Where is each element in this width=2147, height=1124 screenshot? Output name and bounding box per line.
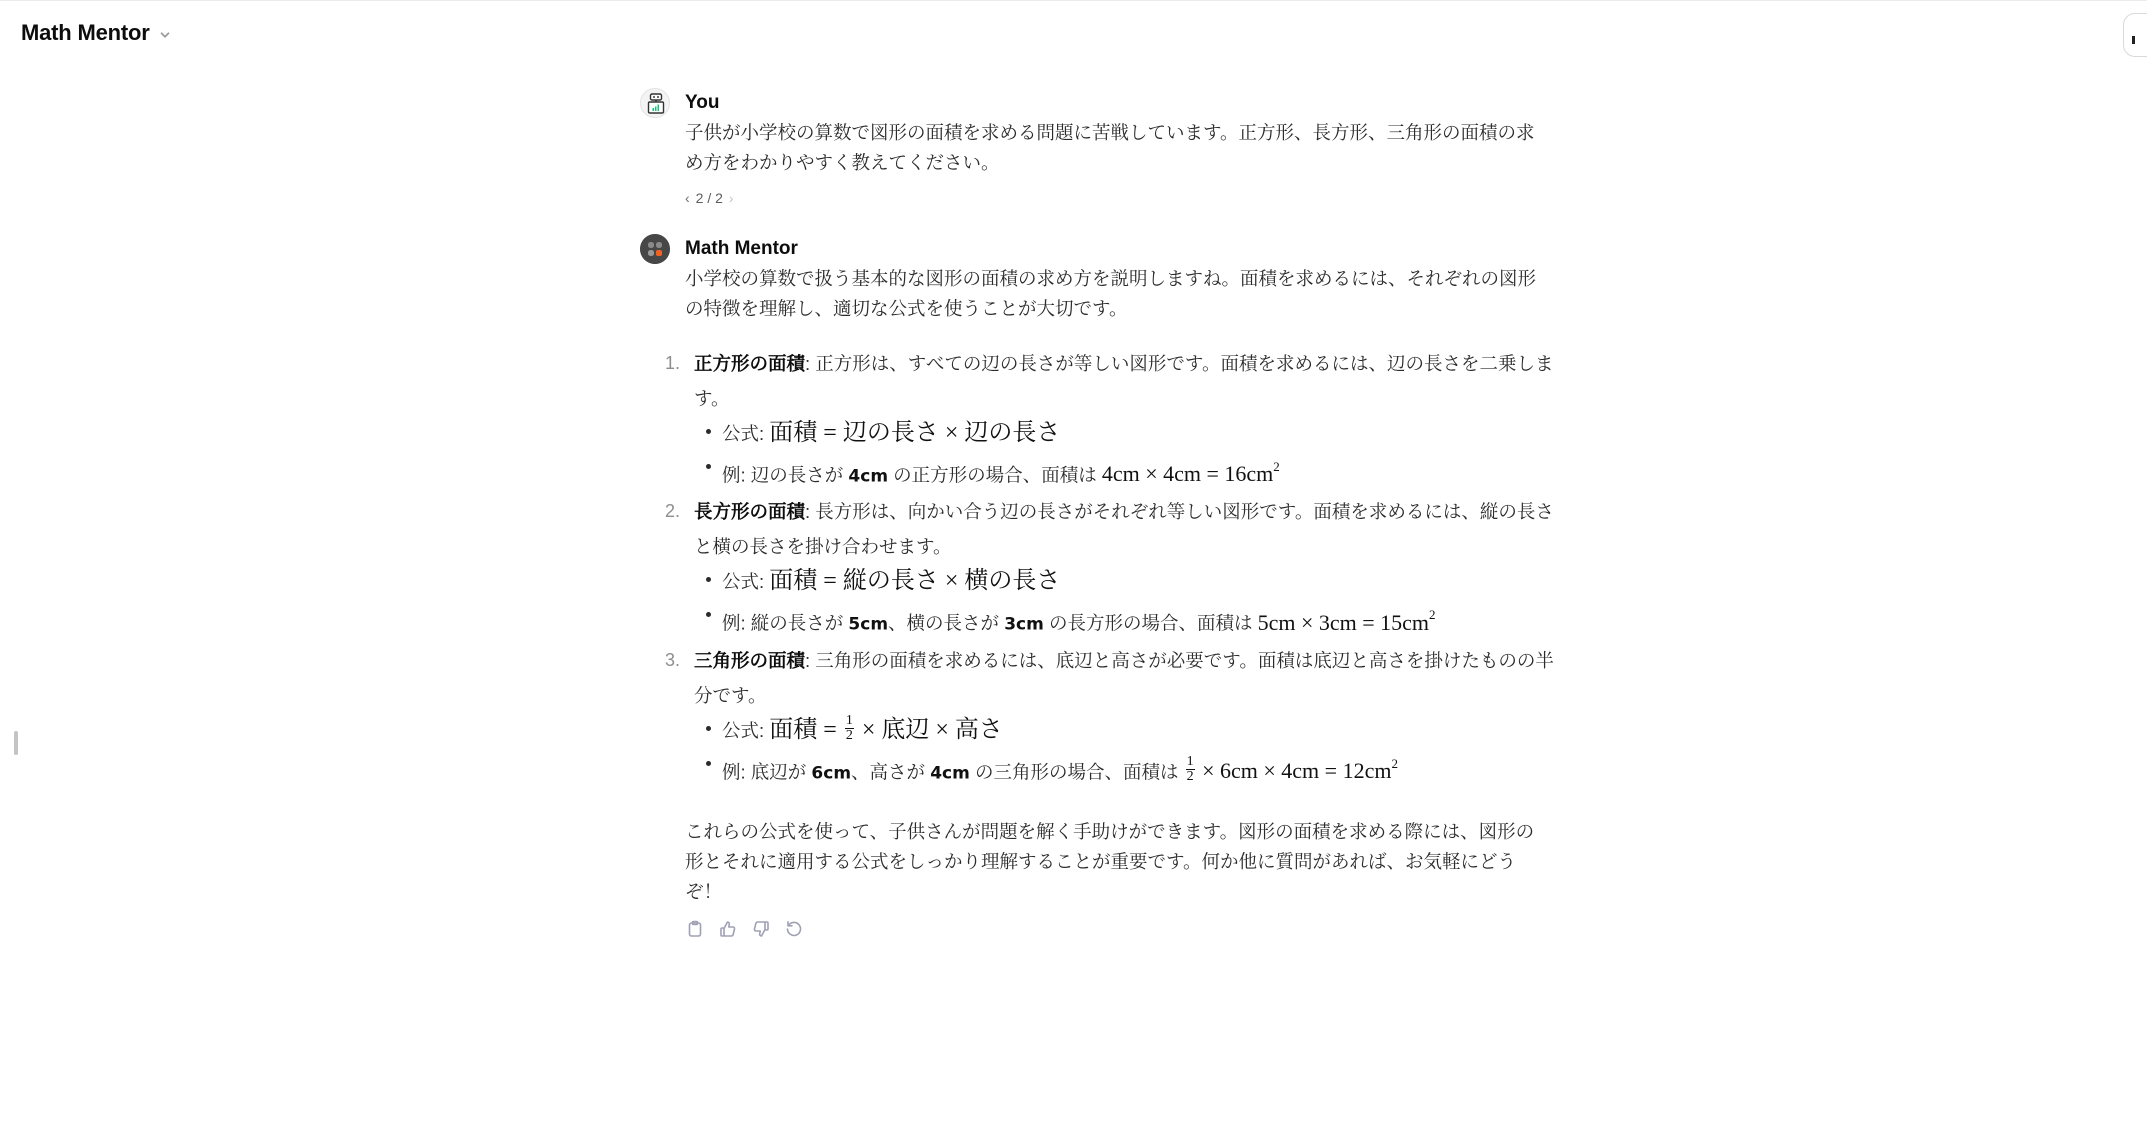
share-icon: [2132, 36, 2135, 44]
copy-icon[interactable]: [685, 919, 705, 939]
fraction-denominator: 2: [846, 729, 853, 743]
chevron-down-icon: [158, 28, 172, 42]
robot-chart-avatar-icon: [641, 89, 670, 118]
example-text: の正方形の場合、面積は: [888, 464, 1102, 485]
example-math: 5cm × 3cm = 15cm2: [1258, 610, 1436, 635]
step-number: 2.: [665, 494, 680, 529]
share-button[interactable]: [2123, 13, 2147, 57]
example-value: 5cm: [848, 615, 888, 635]
step-details: 公式: 面積 = 縦の長さ × 横の長さ 例: 縦の長さが 5cm、横の長さが …: [694, 564, 1555, 642]
model-selector[interactable]: Math Mentor: [21, 20, 172, 46]
step-details: 公式: 面積 = 12 × 底辺 × 高さ 例: 底辺が 6cm、高さが 4cm…: [694, 713, 1555, 791]
formula-math: 面積 = 縦の長さ × 横の長さ: [769, 568, 1060, 594]
step-square: 1. 正方形の面積: 正方形は、すべての辺の長さが等しい図形です。面積を求めるに…: [685, 346, 1555, 494]
message-actions: [685, 919, 1540, 939]
example-label: 例: 縦の長さが: [722, 613, 848, 634]
example-math-expr: × 6cm × 4cm = 12cm: [1197, 758, 1392, 783]
response-intro: 小学校の算数で扱う基本的な図形の面積の求め方を説明しますね。面積を求めるには、そ…: [685, 264, 1545, 324]
version-counter: 2 / 2: [696, 190, 723, 206]
next-version-button[interactable]: ›: [729, 190, 734, 206]
gpt-title: Math Mentor: [21, 20, 150, 46]
example-math-expr: 4cm × 4cm = 16cm: [1102, 461, 1273, 486]
exponent: 2: [1391, 756, 1398, 771]
response-pager: ‹ 2 / 2 ›: [685, 188, 1540, 208]
step-description: : 長方形は、向かい合う辺の長さがそれぞれ等しい図形です。面積を求めるには、縦の…: [694, 501, 1554, 557]
user-avatar: [640, 88, 670, 118]
example-math-expr: 5cm × 3cm = 15cm: [1258, 610, 1429, 635]
formula-lhs: 面積 =: [769, 717, 843, 743]
step-title: 三角形の面積: [694, 650, 805, 671]
conversation-thread: You 子供が小学校の算数で図形の面積を求める問題に苦戦しています。正方形、長方…: [640, 88, 1540, 939]
example-text: 、高さが: [851, 761, 930, 782]
formula-label: 公式:: [722, 571, 769, 592]
message-author: You: [685, 88, 1540, 118]
example-math: 12 × 6cm × 4cm = 12cm2: [1184, 758, 1398, 783]
response-outro: これらの公式を使って、子供さんが問題を解く手助けができます。図形の面積を求める際…: [685, 817, 1545, 907]
formula-item: 公式: 面積 = 12 × 底辺 × 高さ: [722, 713, 1555, 748]
fraction-denominator: 2: [1187, 770, 1194, 784]
example-label: 例: 辺の長さが: [722, 464, 848, 485]
fraction-numerator: 1: [1186, 755, 1195, 770]
header: Math Mentor: [0, 0, 2147, 72]
example-value: 4cm: [930, 763, 970, 783]
grid-dots-avatar-icon: [640, 234, 670, 264]
step-details: 公式: 面積 = 辺の長さ × 辺の長さ 例: 辺の長さが 4cm の正方形の場…: [694, 416, 1555, 494]
step-title: 長方形の面積: [694, 501, 805, 522]
step-number: 1.: [665, 346, 680, 381]
example-math: 4cm × 4cm = 16cm2: [1102, 461, 1280, 486]
fraction: 12: [1186, 755, 1195, 784]
example-item: 例: 縦の長さが 5cm、横の長さが 3cm の長方形の場合、面積は 5cm ×…: [722, 599, 1555, 642]
sidebar-toggle-handle[interactable]: [14, 731, 18, 755]
regenerate-icon[interactable]: [784, 919, 804, 939]
example-label: 例: 底辺が: [722, 761, 811, 782]
area-steps-list: 1. 正方形の面積: 正方形は、すべての辺の長さが等しい図形です。面積を求めるに…: [685, 346, 1555, 791]
example-item: 例: 底辺が 6cm、高さが 4cm の三角形の場合、面積は 12 × 6cm …: [722, 748, 1555, 791]
example-value: 3cm: [1004, 615, 1044, 635]
assistant-message: Math Mentor 小学校の算数で扱う基本的な図形の面積の求め方を説明します…: [640, 234, 1540, 939]
example-text: 、横の長さが: [888, 613, 1004, 634]
example-text: の長方形の場合、面積は: [1044, 613, 1258, 634]
step-number: 3.: [665, 643, 680, 678]
formula-label: 公式:: [722, 423, 769, 444]
example-value: 4cm: [848, 466, 888, 486]
formula-rhs: × 底辺 × 高さ: [856, 717, 1003, 743]
user-message: You 子供が小学校の算数で図形の面積を求める問題に苦戦しています。正方形、長方…: [640, 88, 1540, 208]
fraction: 12: [845, 714, 854, 743]
formula-item: 公式: 面積 = 縦の長さ × 横の長さ: [722, 564, 1555, 599]
exponent: 2: [1273, 459, 1280, 474]
step-description: : 三角形の面積を求めるには、底辺と高さが必要です。面積は底辺と高さを掛けたもの…: [694, 650, 1554, 706]
step-description: : 正方形は、すべての辺の長さが等しい図形です。面積を求めるには、辺の長さを二乗…: [694, 353, 1553, 409]
formula-item: 公式: 面積 = 辺の長さ × 辺の長さ: [722, 416, 1555, 451]
fraction-numerator: 1: [845, 714, 854, 729]
user-message-text: 子供が小学校の算数で図形の面積を求める問題に苦戦しています。正方形、長方形、三角…: [685, 118, 1540, 178]
thumbs-up-icon[interactable]: [718, 919, 738, 939]
step-title: 正方形の面積: [694, 353, 805, 374]
step-rectangle: 2. 長方形の面積: 長方形は、向かい合う辺の長さがそれぞれ等しい図形です。面積…: [685, 494, 1555, 642]
formula-math: 面積 = 辺の長さ × 辺の長さ: [769, 420, 1060, 446]
formula-math: 面積 = 12 × 底辺 × 高さ: [769, 717, 1003, 743]
previous-version-button[interactable]: ‹: [685, 190, 690, 206]
example-value: 6cm: [811, 763, 851, 783]
assistant-avatar: [640, 234, 670, 264]
formula-label: 公式:: [722, 720, 769, 741]
exponent: 2: [1429, 607, 1436, 622]
message-author: Math Mentor: [685, 234, 1540, 264]
step-triangle: 3. 三角形の面積: 三角形の面積を求めるには、底辺と高さが必要です。面積は底辺…: [685, 643, 1555, 791]
thumbs-down-icon[interactable]: [751, 919, 771, 939]
example-item: 例: 辺の長さが 4cm の正方形の場合、面積は 4cm × 4cm = 16c…: [722, 451, 1555, 494]
example-text: の三角形の場合、面積は: [970, 761, 1184, 782]
